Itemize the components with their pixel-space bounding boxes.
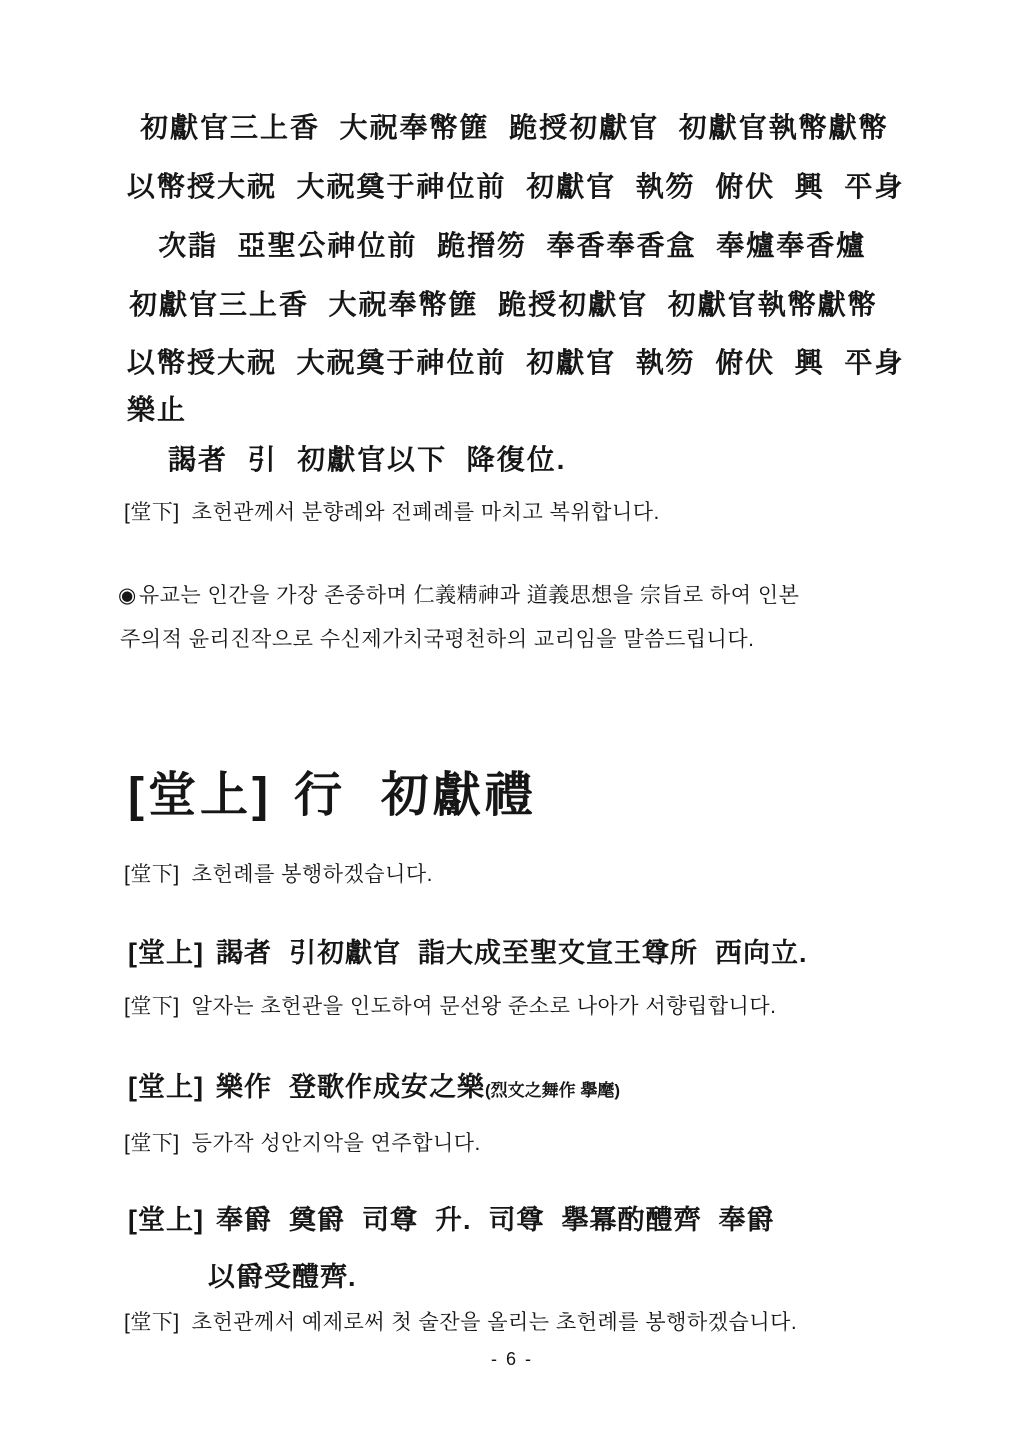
page-number: - 6 - <box>0 1349 1024 1370</box>
ritual-line-4: 初獻官三上香 大祝奉幣篚 跪授初獻官 初獻官執幣獻幣 <box>129 288 878 322</box>
instruction-3: [堂上]奉爵 奠爵 司尊 升. 司尊 擧冪酌醴齊 奉爵 <box>128 1204 775 1238</box>
narration-heading: [堂下]초헌례를 봉행하겠습니다. <box>124 861 433 888</box>
stage-label: [堂下] <box>124 1311 180 1334</box>
stage-label: [堂下] <box>124 995 180 1018</box>
bullseye-bullet-icon: ◉ <box>118 584 137 607</box>
stage-label: [堂下] <box>124 863 180 886</box>
instruction-text: 謁者 引初獻官 詣大成至聖文宣王尊所 西向立. <box>216 938 808 968</box>
document-page: 初獻官三上香 大祝奉幣篚 跪授初獻官 初獻官執幣獻幣 以幣授大祝 大祝奠于神位前… <box>0 0 1024 1448</box>
narration-text: 알자는 초헌관을 인도하여 문선왕 준소로 나아가 서향립합니다. <box>192 995 777 1018</box>
instruction-2-narration: [堂下]등가작 성안지악을 연주합니다. <box>124 1130 481 1157</box>
ritual-line-7: 謁者 引 初獻官以下 降復位. <box>168 443 566 477</box>
stage-label: [堂上] <box>128 1205 204 1235</box>
stage-label: [堂上] <box>128 1072 204 1102</box>
narration-restore: [堂下]초헌관께서 분향례와 전폐례를 마치고 복위합니다. <box>124 499 660 526</box>
instruction-2: [堂上]樂作 登歌作成安之樂(烈文之舞作 擧麾) <box>128 1071 620 1105</box>
instruction-3-continuation: 以爵受醴齊. <box>208 1261 357 1295</box>
instruction-3-narration: [堂下]초헌관께서 예제로써 첫 술잔을 올리는 초헌례를 봉행하겠습니다. <box>124 1309 797 1336</box>
instruction-1: [堂上]謁者 引初獻官 詣大成至聖文宣王尊所 西向立. <box>128 937 808 971</box>
instruction-text: 樂作 登歌作成安之樂 <box>216 1072 485 1102</box>
instruction-paren-note: (烈文之舞作 擧麾) <box>485 1081 620 1100</box>
note-line-1: ◉유교는 인간을 가장 존중하며 仁義精神과 道義思想을 宗旨로 하여 인본 <box>118 582 799 609</box>
stage-label: [堂上] <box>128 769 272 822</box>
ritual-line-5: 以幣授大祝 大祝奠于神位前 初獻官 執笏 俯伏 興 平身 <box>127 346 904 380</box>
narration-text: 초헌관께서 분향례와 전폐례를 마치고 복위합니다. <box>192 501 660 524</box>
ritual-line-1: 初獻官三上香 大祝奉幣篚 跪授初獻官 初獻官執幣獻幣 <box>140 111 889 145</box>
note-text-1: 유교는 인간을 가장 존중하며 仁義精神과 道義思想을 宗旨로 하여 인본 <box>139 584 800 607</box>
section-heading-title: 行 初獻禮 <box>294 769 537 822</box>
instruction-text: 奉爵 奠爵 司尊 升. 司尊 擧冪酌醴齊 奉爵 <box>216 1205 775 1235</box>
narration-text: 등가작 성안지악을 연주합니다. <box>192 1132 481 1155</box>
stage-label: [堂上] <box>128 938 204 968</box>
ritual-line-6: 樂止 <box>127 393 187 427</box>
section-heading: [堂上]行 初獻禮 <box>128 770 537 823</box>
note-line-2: 주의적 윤리진작으로 수신제가치국평천하의 교리임을 말씀드립니다. <box>120 626 754 653</box>
instruction-1-narration: [堂下]알자는 초헌관을 인도하여 문선왕 준소로 나아가 서향립합니다. <box>124 993 776 1020</box>
stage-label: [堂下] <box>124 1132 180 1155</box>
stage-label: [堂下] <box>124 501 180 524</box>
narration-text: 초헌례를 봉행하겠습니다. <box>192 863 433 886</box>
narration-text: 초헌관께서 예제로써 첫 술잔을 올리는 초헌례를 봉행하겠습니다. <box>192 1311 798 1334</box>
ritual-line-2: 以幣授大祝 大祝奠于神位前 初獻官 執笏 俯伏 興 平身 <box>127 170 904 204</box>
ritual-line-3: 次詣 亞聖公神位前 跪搢笏 奉香奉香盒 奉爐奉香爐 <box>158 229 866 263</box>
